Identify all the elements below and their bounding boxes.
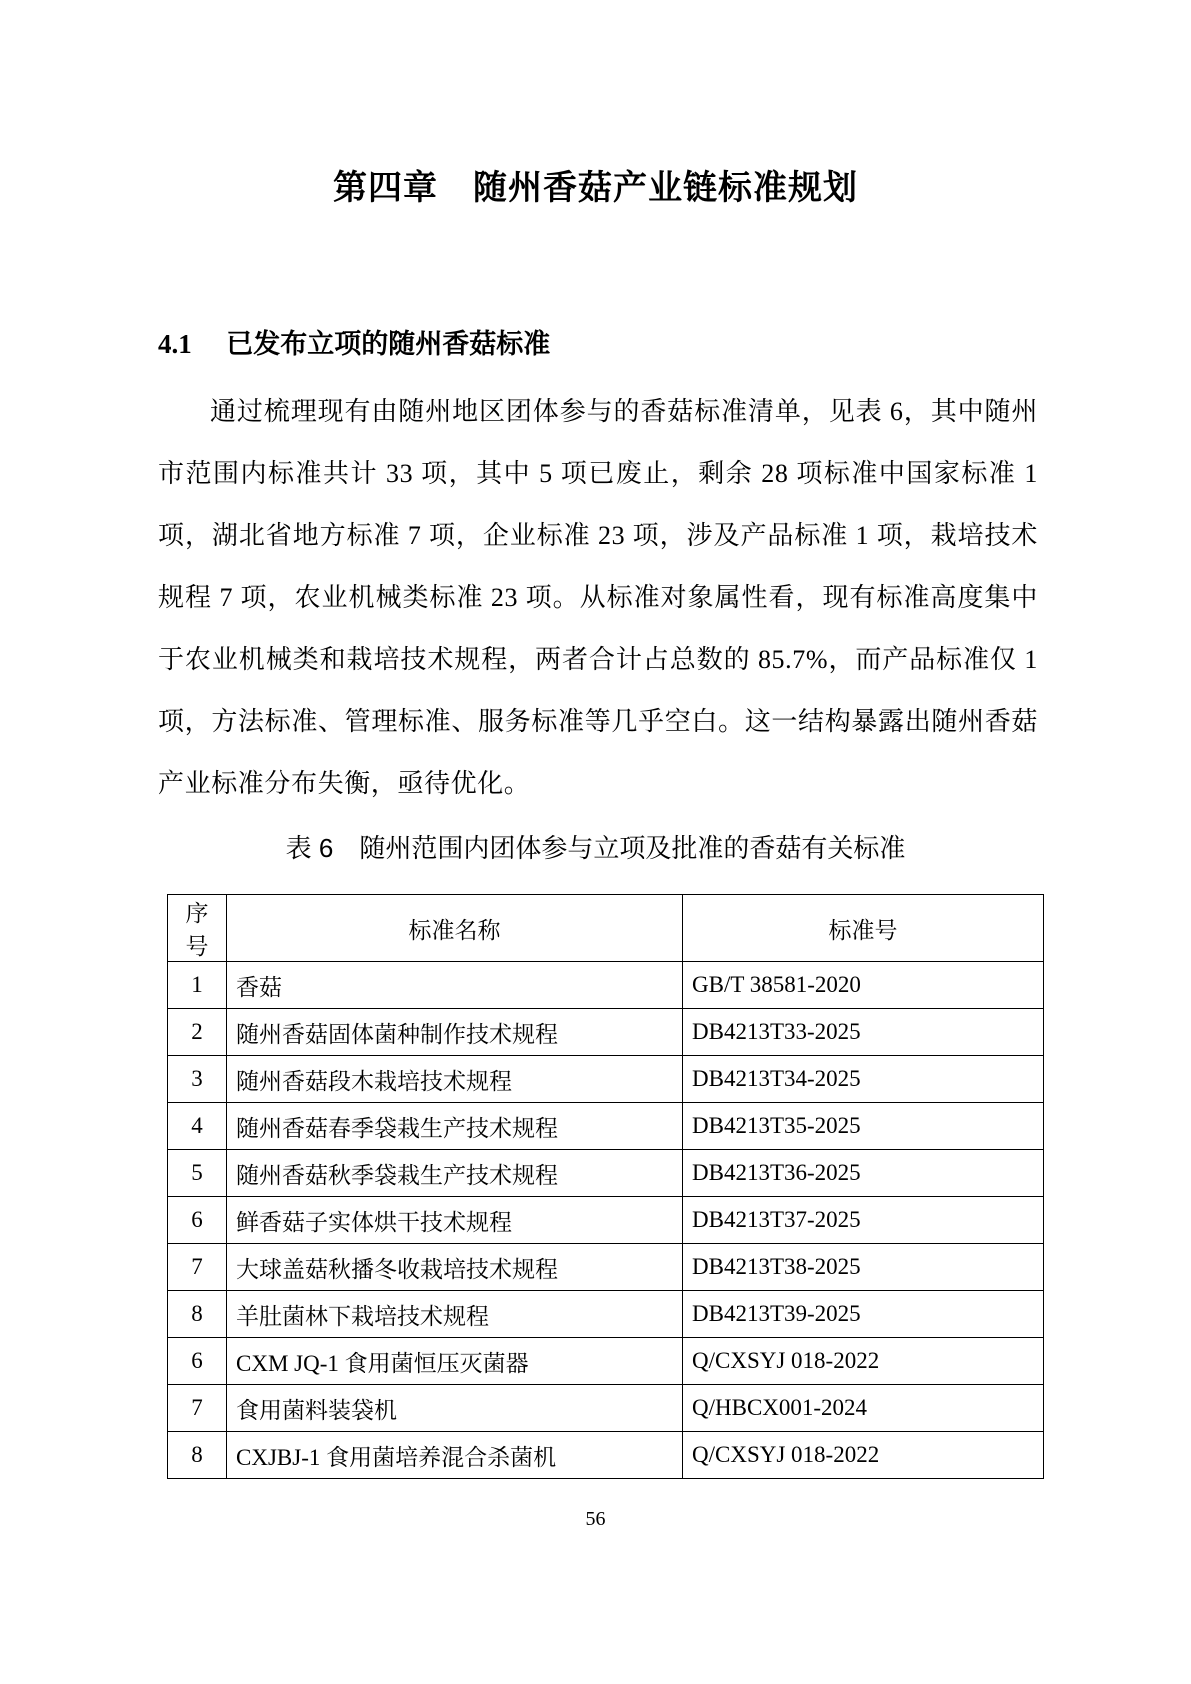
table-row: 2随州香菇固体菌种制作技术规程DB4213T33-2025 <box>168 1009 1044 1056</box>
row-name: 随州香菇段木栽培技术规程 <box>227 1056 683 1103</box>
header-code: 标准号 <box>683 895 1044 962</box>
row-no: 5 <box>168 1150 227 1197</box>
table-row: 8CXJBJ-1 食用菌培养混合杀菌机Q/CXSYJ 018-2022 <box>168 1432 1044 1479</box>
header-name: 标准名称 <box>227 895 683 962</box>
table-row: 7大球盖菇秋播冬收栽培技术规程DB4213T38-2025 <box>168 1244 1044 1291</box>
row-name: 食用菌料装袋机 <box>227 1385 683 1432</box>
row-no: 6 <box>168 1338 227 1385</box>
table-row: 3随州香菇段木栽培技术规程DB4213T34-2025 <box>168 1056 1044 1103</box>
table-row: 5随州香菇秋季袋栽生产技术规程DB4213T36-2025 <box>168 1150 1044 1197</box>
header-no: 序号 <box>168 895 227 962</box>
row-name: CXM JQ-1 食用菌恒压灭菌器 <box>227 1338 683 1385</box>
row-name: 随州香菇固体菌种制作技术规程 <box>227 1009 683 1056</box>
section-title: 已发布立项的随州香菇标准 <box>226 329 550 359</box>
row-name: 随州香菇秋季袋栽生产技术规程 <box>227 1150 683 1197</box>
row-no: 7 <box>168 1244 227 1291</box>
section-gap <box>192 329 227 359</box>
row-code: DB4213T36-2025 <box>683 1150 1044 1197</box>
row-no: 6 <box>168 1197 227 1244</box>
row-no: 2 <box>168 1009 227 1056</box>
row-code: Q/HBCX001-2024 <box>683 1385 1044 1432</box>
table-row: 6CXM JQ-1 食用菌恒压灭菌器Q/CXSYJ 018-2022 <box>168 1338 1044 1385</box>
row-name: 随州香菇春季袋栽生产技术规程 <box>227 1103 683 1150</box>
row-code: DB4213T38-2025 <box>683 1244 1044 1291</box>
row-code: DB4213T39-2025 <box>683 1291 1044 1338</box>
row-no: 8 <box>168 1432 227 1479</box>
body-paragraph: 通过梳理现有由随州地区团体参与的香菇标准清单，见表 6，其中随州市范围内标准共计… <box>158 381 1038 815</box>
row-code: GB/T 38581-2020 <box>683 962 1044 1009</box>
table-row: 8羊肚菌林下栽培技术规程DB4213T39-2025 <box>168 1291 1044 1338</box>
table-header-row: 序号 标准名称 标准号 <box>168 895 1044 962</box>
row-code: DB4213T37-2025 <box>683 1197 1044 1244</box>
row-code: Q/CXSYJ 018-2022 <box>683 1338 1044 1385</box>
table-row: 1香菇GB/T 38581-2020 <box>168 962 1044 1009</box>
table-row: 6鲜香菇子实体烘干技术规程DB4213T37-2025 <box>168 1197 1044 1244</box>
row-name: 大球盖菇秋播冬收栽培技术规程 <box>227 1244 683 1291</box>
row-no: 1 <box>168 962 227 1009</box>
page-number: 56 <box>0 1508 1191 1531</box>
row-name: 羊肚菌林下栽培技术规程 <box>227 1291 683 1338</box>
row-name: 香菇 <box>227 962 683 1009</box>
row-no: 3 <box>168 1056 227 1103</box>
row-code: Q/CXSYJ 018-2022 <box>683 1432 1044 1479</box>
row-no: 7 <box>168 1385 227 1432</box>
row-code: DB4213T35-2025 <box>683 1103 1044 1150</box>
section-heading: 4.1 已发布立项的随州香菇标准 <box>158 322 550 361</box>
row-name: CXJBJ-1 食用菌培养混合杀菌机 <box>227 1432 683 1479</box>
row-name: 鲜香菇子实体烘干技术规程 <box>227 1197 683 1244</box>
table-caption: 表 6 随州范围内团体参与立项及批准的香菇有关标准 <box>0 828 1191 865</box>
standards-table: 序号 标准名称 标准号 1香菇GB/T 38581-2020 2随州香菇固体菌种… <box>167 894 1044 1479</box>
row-code: DB4213T34-2025 <box>683 1056 1044 1103</box>
row-code: DB4213T33-2025 <box>683 1009 1044 1056</box>
table-row: 7食用菌料装袋机Q/HBCX001-2024 <box>168 1385 1044 1432</box>
row-no: 4 <box>168 1103 227 1150</box>
section-number: 4.1 <box>158 329 192 359</box>
chapter-title: 第四章 随州香菇产业链标准规划 <box>0 160 1191 209</box>
table-row: 4随州香菇春季袋栽生产技术规程DB4213T35-2025 <box>168 1103 1044 1150</box>
row-no: 8 <box>168 1291 227 1338</box>
